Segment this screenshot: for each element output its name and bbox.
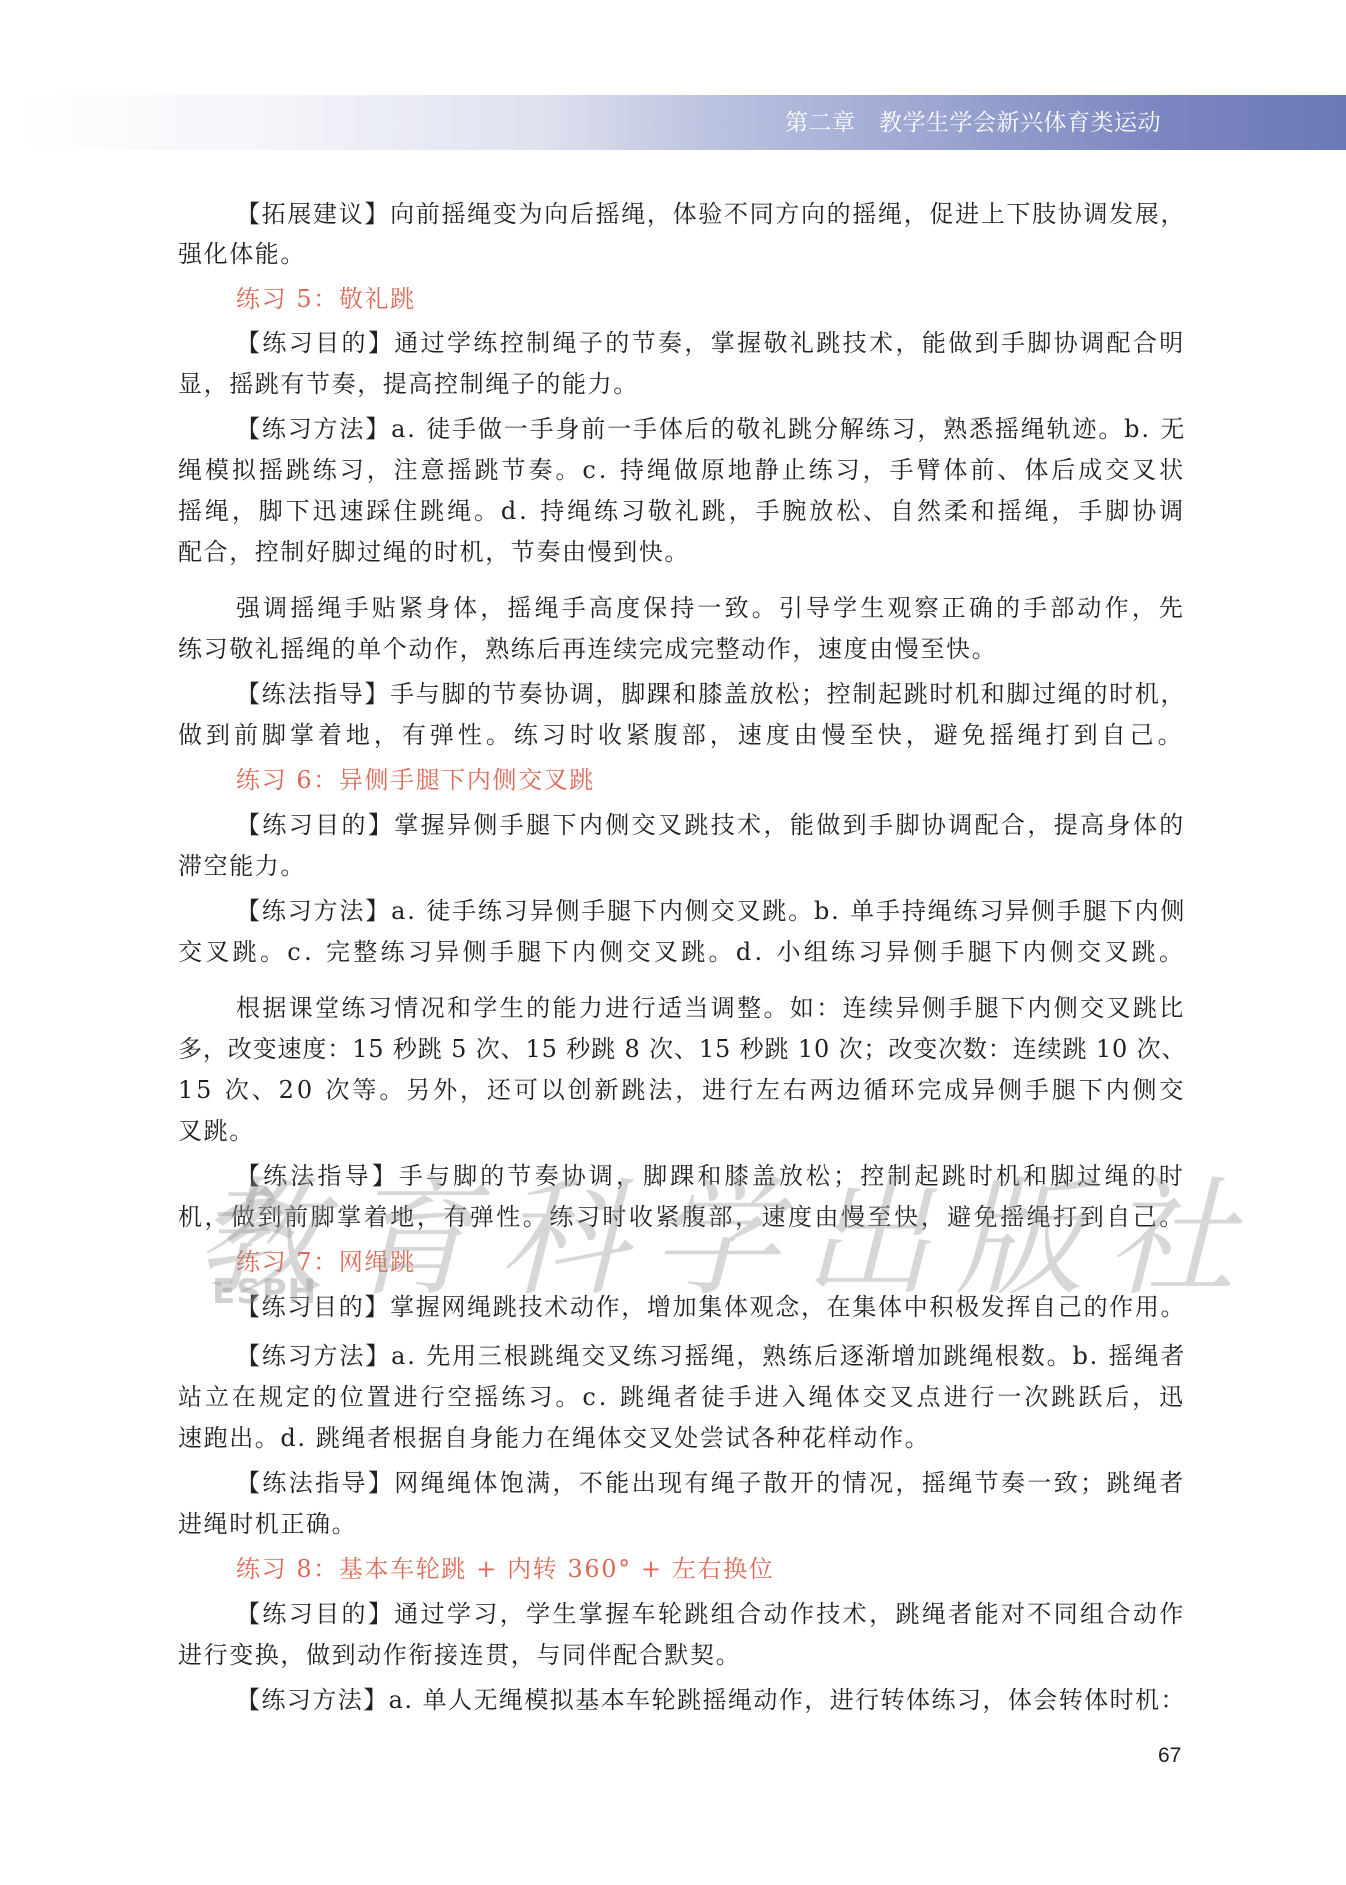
paragraph-line: 进行变换，做到动作衔接连贯，与同伴配合默契。 [178,1637,741,1673]
paragraph-line: 叉跳。 [178,1113,255,1149]
paragraph-line: 交叉跳。c. 完整练习异侧手腿下内侧交叉跳。d. 小组练习异侧手腿下内侧交叉跳。 [178,934,1186,970]
section-heading: 练习 8：基本车轮跳 + 内转 360° + 左右换位 [236,1551,774,1587]
paragraph-line: 显，摇跳有节奏，提高控制绳子的能力。 [178,366,639,402]
paragraph-line: 速跑出。d. 跳绳者根据自身能力在绳体交叉处尝试各种花样动作。 [178,1420,930,1456]
paragraph-line: 练习敬礼摇绳的单个动作，熟练后再连续完成完整动作，速度由慢至快。 [178,631,997,667]
paragraph-line: 15 次、20 次等。另外，还可以创新跳法，进行左右两边循环完成异侧手腿下内侧交 [178,1072,1186,1108]
chapter-title: 第二章 教学生学会新兴体育类运动 [785,104,1161,142]
paragraph-line: 强调摇绳手贴紧身体，摇绳手高度保持一致。引导学生观察正确的手部动作，先 [236,590,1186,626]
paragraph-line: 强化体能。 [178,236,306,272]
paragraph-line: 【练法指导】手与脚的节奏协调，脚踝和膝盖放松；控制起跳时机和脚过绳的时机， [236,676,1186,712]
paragraph-line: 【练习方法】a. 单人无绳模拟基本车轮跳摇绳动作，进行转体练习，体会转体时机： [236,1682,1186,1718]
section-heading: 练习 6：异侧手腿下内侧交叉跳 [236,762,595,798]
paragraph-line: 根据课堂练习情况和学生的能力进行适当调整。如：连续异侧手腿下内侧交叉跳比 [236,990,1186,1026]
paragraph-line: 【练法指导】手与脚的节奏协调，脚踝和膝盖放松；控制起跳时机和脚过绳的时 [236,1158,1186,1194]
paragraph-line: 绳模拟摇跳练习，注意摇跳节奏。c. 持绳做原地静止练习，手臂体前、体后成交叉状 [178,452,1186,488]
paragraph-line: 【练习方法】a. 徒手练习异侧手腿下内侧交叉跳。b. 单手持绳练习异侧手腿下内侧 [236,893,1186,929]
paragraph-line: 滞空能力。 [178,848,306,884]
page-number: 67 [1158,1744,1181,1768]
paragraph-line: 【练法指导】网绳绳体饱满，不能出现有绳子散开的情况，摇绳节奏一致；跳绳者 [236,1465,1186,1501]
paragraph-line: 【练习目的】通过学习，学生掌握车轮跳组合动作技术，跳绳者能对不同组合动作 [236,1596,1186,1632]
paragraph-line: 配合，控制好脚过绳的时机，节奏由慢到快。 [178,534,690,570]
paragraph-line: 【练习目的】掌握异侧手腿下内侧交叉跳技术，能做到手脚协调配合，提高身体的 [236,807,1186,843]
section-heading: 练习 5：敬礼跳 [236,281,416,317]
paragraph-line: 机，做到前脚掌着地，有弹性。练习时收紧腹部，速度由慢至快，避免摇绳打到自己。 [178,1199,1186,1235]
paragraph-line: 站立在规定的位置进行空摇练习。c. 跳绳者徒手进入绳体交叉点进行一次跳跃后，迅 [178,1379,1186,1415]
paragraph-line: 【练习方法】a. 先用三根跳绳交叉练习摇绳，熟练后逐渐增加跳绳根数。b. 摇绳者 [236,1338,1186,1374]
paragraph-line: 【练习方法】a. 徒手做一手身前一手体后的敬礼跳分解练习，熟悉摇绳轨迹。b. 无 [236,411,1186,447]
paragraph-line: 做到前脚掌着地，有弹性。练习时收紧腹部，速度由慢至快，避免摇绳打到自己。 [178,717,1186,753]
paragraph-line: 摇绳，脚下迅速踩住跳绳。d. 持绳练习敬礼跳，手腕放松、自然柔和摇绳，手脚协调 [178,493,1186,529]
paragraph-line: 【练习目的】掌握网绳跳技术动作，增加集体观念，在集体中积极发挥自己的作用。 [236,1289,1186,1325]
section-heading: 练习 7：网绳跳 [236,1244,416,1280]
paragraph-line: 【练习目的】通过学练控制绳子的节奏，掌握敬礼跳技术，能做到手脚协调配合明 [236,325,1186,361]
paragraph-line: 【拓展建议】向前摇绳变为向后摇绳，体验不同方向的摇绳，促进上下肢协调发展， [236,196,1186,232]
paragraph-line: 多，改变速度：15 秒跳 5 次、15 秒跳 8 次、15 秒跳 10 次；改变… [178,1031,1186,1067]
paragraph-line: 进绳时机正确。 [178,1506,357,1542]
